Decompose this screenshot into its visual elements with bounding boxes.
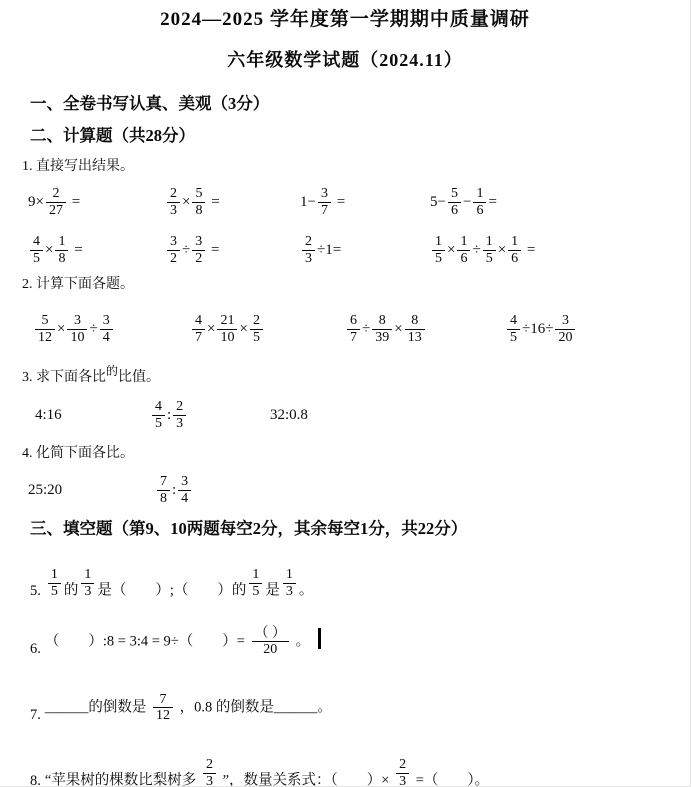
math-text: =（ ）。 [412,773,489,787]
math-text: = [523,242,535,259]
fraction-denominator: 27 [46,203,66,219]
math-text: ÷16÷ [522,321,553,338]
fraction-numerator: 2 [302,234,315,251]
fraction-numerator: 4 [30,234,43,251]
question-5-line: 5. 15的13是（ ）;（ ）的15是13。 [0,550,690,600]
fraction-denominator: 3 [81,584,94,600]
fraction-numerator: 8 [405,313,425,330]
math-expression: 25:20 [28,482,155,499]
math-expression: 45×18 = [28,234,165,266]
math-text: : [172,482,176,499]
math-text: × [57,321,65,338]
fraction-numerator: 3 [167,234,180,251]
fraction-numerator: 4 [152,399,165,416]
math-expression: 15的13是（ ）;（ ）的15是13。 [45,567,314,600]
fraction-numerator: 3 [192,234,205,251]
fraction-numerator: 2 [203,757,216,774]
fraction-numerator: 3 [178,474,191,491]
math-text: × [207,321,215,338]
math-text: × [182,194,190,211]
math-row: 25:20 78:34 [0,466,690,514]
math-row: 512×310÷34 47×2110×25 67÷839×813 45÷16÷3… [0,303,690,355]
page-title: 2024—2025 学年度第一学期期中质量调研 [0,7,690,33]
fraction-denominator: 7 [347,330,360,346]
math-text: ÷ [89,321,97,338]
fraction-numerator: 3 [67,313,87,330]
fraction-denominator: 3 [283,584,296,600]
fraction-denominator: 2 [167,251,180,267]
math-text: × [45,242,53,259]
fraction-denominator: 6 [508,251,521,267]
fraction-denominator: 8 [55,251,68,267]
fraction-denominator: 5 [432,251,445,267]
fraction-numerator: 5 [192,186,205,203]
fraction: 15 [483,234,496,266]
fraction-numerator: 1 [508,234,521,251]
fraction-numerator: 3 [318,186,331,203]
fraction-numerator: 2 [396,757,409,774]
math-text: ______的倒数是 [45,699,150,715]
fraction: 25 [250,313,263,345]
fraction-denominator: 20 [555,330,575,346]
math-text: 。 [292,633,310,649]
fraction-numerator: 2 [46,186,66,203]
math-expression: 67÷839×813 [345,313,505,345]
fraction-denominator: 13 [405,330,425,346]
math-text: ，0.8 的倒数是______。 [176,699,332,715]
question-number: 5. [30,583,41,600]
fraction-numerator: 21 [217,313,237,330]
question-8-line: 8. “苹果树的棵数比梨树多 23 ”，数量关系式：（ ）× 23 =（ ）。 [0,740,690,787]
math-text: = [68,194,80,211]
fraction-denominator: 10 [67,330,87,346]
math-text: 9× [28,194,44,211]
fraction: 45 [152,399,165,431]
fraction-numerator: 2 [167,186,180,203]
math-text: × [447,242,455,259]
fraction: 58 [192,186,205,218]
fraction-numerator: 8 [372,313,392,330]
fraction: 16 [473,186,486,218]
fraction: 15 [48,567,61,599]
math-expression: 78:34 [155,474,193,506]
fraction-numerator: 1 [457,234,470,251]
fraction: 34 [100,313,113,345]
fraction-denominator: 3 [302,251,315,267]
math-text: 的 [64,583,79,599]
math-expression: “苹果树的棵数比梨树多 23 ”，数量关系式：（ ）× 23 =（ ）。 [45,757,489,787]
fraction: 78 [157,474,170,506]
fraction: 32 [167,234,180,266]
fraction: 45 [30,234,43,266]
question-1-label: 1. 直接写出结果。 [0,157,690,177]
fraction: 712 [153,692,173,724]
math-text: 是 [265,583,280,599]
fraction-denominator: 7 [318,203,331,219]
question-4-label: 4. 化简下面各比。 [0,444,690,464]
fraction-denominator: 6 [457,251,470,267]
section-heading-2: 二、计算题（共28分） [0,125,690,147]
fraction-denominator: 10 [217,330,237,346]
fraction-numerator: 1 [48,567,61,584]
fraction: 13 [283,567,296,599]
fraction-numerator: 7 [153,692,173,709]
fraction: （ ）20 [252,626,290,658]
fraction: 16 [508,234,521,266]
question-7-line: 7. ______的倒数是 712 ，0.8 的倒数是______。 [0,674,690,724]
math-text: × [498,242,506,259]
fraction: 23 [302,234,315,266]
math-text: （ ）:8 = 3:4 = 9÷（ ）= [45,633,249,649]
math-expression: 32÷32 = [165,234,300,266]
fraction: 56 [448,186,461,218]
math-text: = [207,242,219,259]
page-subtitle: 六年级数学试题（2024.11） [0,48,690,73]
math-text: ”，数量关系式：（ ）× [219,773,393,787]
fraction: 15 [249,567,262,599]
math-row: 45×18 = 32÷32 = 23÷1= 15×16÷15×16 = [0,227,690,273]
math-text: ÷ [362,321,370,338]
math-text: = [207,194,219,211]
fraction: 23 [167,186,180,218]
question-number: 8. [30,773,41,787]
fraction-denominator: 7 [192,330,205,346]
math-text: × [239,321,247,338]
math-expression: 5−56−16= [430,186,497,218]
fraction-denominator: 3 [203,774,216,787]
math-expression: 23÷1= [300,234,430,266]
math-text: 。 [299,583,314,599]
fraction: 37 [318,186,331,218]
fraction-numerator: 2 [173,399,186,416]
fraction: 18 [55,234,68,266]
fraction: 23 [173,399,186,431]
fraction-numerator: 1 [483,234,496,251]
fraction-denominator: 12 [153,708,173,724]
fraction-denominator: 4 [178,491,191,507]
math-text: 32:0.8 [270,407,308,424]
question-3-label-text: 比值。 [118,370,160,385]
fraction: 13 [81,567,94,599]
math-expression: 47×2110×25 [190,313,345,345]
fraction: 16 [457,234,470,266]
math-expression: 23×58 = [165,186,300,218]
fraction-denominator: 5 [30,251,43,267]
fraction-denominator: 5 [152,416,165,432]
math-expression: （ ）:8 = 3:4 = 9÷（ ）= （ ）20 。 [45,626,321,658]
fraction: 47 [192,313,205,345]
fraction: 2110 [217,313,237,345]
section-heading-1: 一、全卷书写认真、美观（3分） [0,93,690,115]
math-expression: 45:23 [150,399,270,431]
math-text: 25:20 [28,482,62,499]
math-text: : [167,407,171,424]
math-expression: 32:0.8 [270,407,308,424]
math-row: 9×227 = 23×58 = 1−37 = 5−56−16= [0,179,690,225]
fraction-numerator: 2 [250,313,263,330]
math-expression: 15×16÷15×16 = [430,234,535,266]
fraction-denominator: 5 [250,330,263,346]
math-text: = [70,242,82,259]
fraction-numerator: 5 [448,186,461,203]
fraction-numerator: 3 [100,313,113,330]
math-text: ÷ [182,242,190,259]
fraction: 813 [405,313,425,345]
math-text: × [394,321,402,338]
fraction-numerator: 1 [249,567,262,584]
math-expression: 4:16 [35,407,150,424]
question-number: 6. [30,641,41,658]
fraction: 32 [192,234,205,266]
fraction-numerator: 1 [473,186,486,203]
question-number: 7. [30,707,41,724]
question-3-label-raised-char: 的 [106,364,118,378]
fraction-numerator: 1 [55,234,68,251]
fraction-numerator: 3 [555,313,575,330]
math-expression: 9×227 = [28,186,165,218]
fraction: 227 [46,186,66,218]
math-expression: ______的倒数是 712 ，0.8 的倒数是______。 [45,692,332,724]
question-2-label: 2. 计算下面各题。 [0,275,690,295]
math-row: 4:16 45:23 32:0.8 [0,390,690,440]
math-text: = [333,194,345,211]
math-expression: 512×310÷34 [33,313,190,345]
question-3-label-text: 3. 求下面各比 [22,370,106,385]
text-cursor [318,628,321,649]
fraction-denominator: 3 [173,416,186,432]
math-text: 1− [300,194,316,211]
fraction-numerator: 7 [157,474,170,491]
fraction-denominator: 20 [252,642,290,658]
fraction-denominator: 5 [48,584,61,600]
question-3-label: 3. 求下面各比的比值。 [0,367,690,388]
fraction-denominator: 3 [396,774,409,787]
math-text: ÷1= [317,242,341,259]
fraction-denominator: 8 [192,203,205,219]
fraction-numerator: 6 [347,313,360,330]
fraction: 67 [347,313,360,345]
fraction: 15 [432,234,445,266]
fraction-denominator: 2 [192,251,205,267]
section-heading-3: 三、填空题（第9、10两题每空2分，其余每空1分，共22分） [0,518,690,540]
fraction-denominator: 12 [35,330,55,346]
question-6-line: 6. （ ）:8 = 3:4 = 9÷（ ）= （ ）20 。 [0,612,690,658]
fraction-denominator: 39 [372,330,392,346]
fraction-numerator: 1 [81,567,94,584]
fraction-numerator: 4 [507,313,520,330]
fraction: 512 [35,313,55,345]
math-text: 是（ ）;（ ）的 [97,583,246,599]
math-expression: 45÷16÷320 [505,313,577,345]
fraction-denominator: 5 [249,584,262,600]
fraction: 45 [507,313,520,345]
fraction: 23 [203,757,216,787]
fraction-numerator: （ ） [252,626,290,643]
fraction: 839 [372,313,392,345]
fraction: 310 [67,313,87,345]
fraction-numerator: 4 [192,313,205,330]
fraction-denominator: 4 [100,330,113,346]
math-text: − [463,194,471,211]
math-text: “苹果树的棵数比梨树多 [45,773,200,787]
math-text: 5− [430,194,446,211]
document-page: 2024—2025 学年度第一学期期中质量调研 六年级数学试题（2024.11）… [0,0,691,787]
math-text: 4:16 [35,407,62,424]
fraction-denominator: 3 [167,203,180,219]
math-expression: 1−37 = [300,186,430,218]
fraction-numerator: 1 [283,567,296,584]
math-text: = [488,194,496,211]
fraction-denominator: 6 [473,203,486,219]
fraction-denominator: 5 [483,251,496,267]
fraction: 23 [396,757,409,787]
math-text: ÷ [472,242,480,259]
fraction: 320 [555,313,575,345]
fraction-numerator: 5 [35,313,55,330]
fraction: 34 [178,474,191,506]
fraction-numerator: 1 [432,234,445,251]
fraction-denominator: 5 [507,330,520,346]
fraction-denominator: 6 [448,203,461,219]
fraction-denominator: 8 [157,491,170,507]
